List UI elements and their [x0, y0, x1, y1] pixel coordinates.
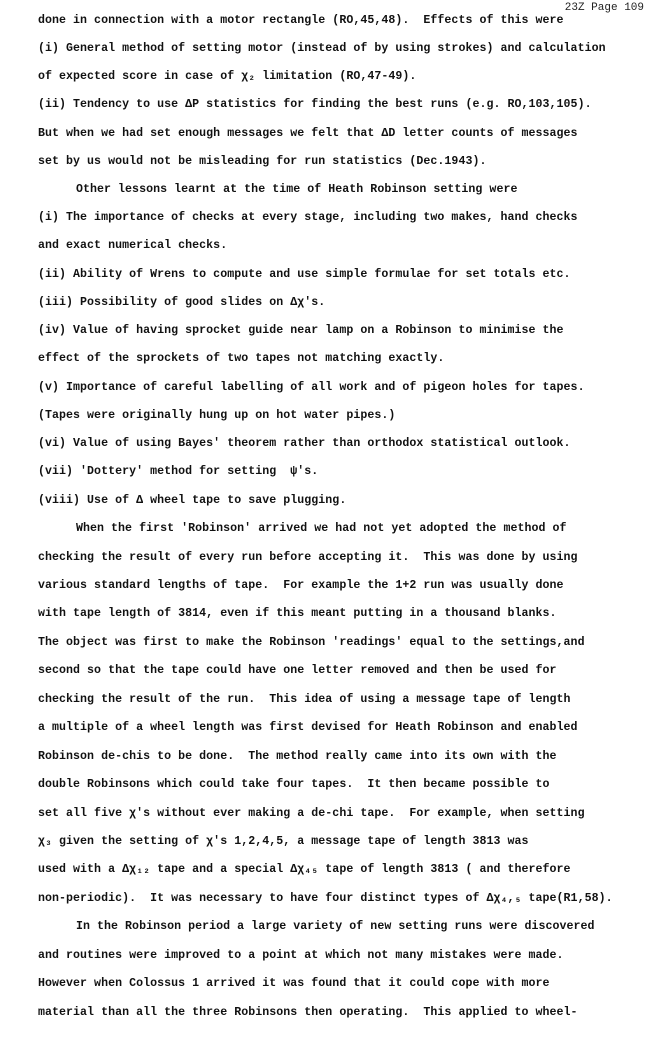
text-line: χ₃ given the setting of χ's 1,2,4,5, a m…	[38, 835, 529, 849]
text-line: The object was first to make the Robinso…	[38, 636, 585, 650]
text-line: used with a Δχ₁₂ tape and a special Δχ₄₅…	[38, 863, 571, 877]
text-line: (ii) Tendency to use ΔP statistics for f…	[38, 98, 592, 112]
paragraph-start-line: When the first 'Robinson' arrived we had…	[76, 522, 567, 536]
text-line: However when Colossus 1 arrived it was f…	[38, 977, 550, 991]
text-line: checking the result of the run. This ide…	[38, 693, 571, 707]
text-line: material than all the three Robinsons th…	[38, 1006, 578, 1020]
text-line: (i) The importance of checks at every st…	[38, 211, 578, 225]
text-line: (ii) Ability of Wrens to compute and use…	[38, 268, 571, 282]
text-line: non-periodic). It was necessary to have …	[38, 892, 613, 906]
text-line: second so that the tape could have one l…	[38, 664, 557, 678]
text-line: effect of the sprockets of two tapes not…	[38, 352, 444, 366]
text-line: (iii) Possibility of good slides on Δχ's…	[38, 296, 325, 310]
text-line: various standard lengths of tape. For ex…	[38, 579, 564, 593]
text-line: with tape length of 3814, even if this m…	[38, 607, 557, 621]
text-line: of expected score in case of χ₂ limitati…	[38, 70, 416, 84]
page-number-label: 23Z Page 109	[565, 2, 644, 14]
text-line: (i) General method of setting motor (ins…	[38, 42, 606, 56]
text-line: (v) Importance of careful labelling of a…	[38, 381, 585, 395]
text-line: (Tapes were originally hung up on hot wa…	[38, 409, 395, 423]
text-line: (vii) 'Dottery' method for setting ψ's.	[38, 465, 318, 479]
text-line: (viii) Use of Δ wheel tape to save plugg…	[38, 494, 346, 508]
text-line: (iv) Value of having sprocket guide near…	[38, 324, 564, 338]
text-line: checking the result of every run before …	[38, 551, 578, 565]
text-line: and exact numerical checks.	[38, 239, 227, 253]
text-line: But when we had set enough messages we f…	[38, 127, 578, 141]
text-line: and routines were improved to a point at…	[38, 949, 564, 963]
text-line: double Robinsons which could take four t…	[38, 778, 550, 792]
text-line: Robinson de-chis to be done. The method …	[38, 750, 557, 764]
text-line: set all five χ's without ever making a d…	[38, 807, 585, 821]
text-line: done in connection with a motor rectangl…	[38, 14, 564, 28]
text-line: a multiple of a wheel length was first d…	[38, 721, 578, 735]
paragraph-start-line: Other lessons learnt at the time of Heat…	[76, 183, 517, 197]
text-line: set by us would not be misleading for ru…	[38, 155, 486, 169]
paragraph-start-line: In the Robinson period a large variety o…	[76, 920, 595, 934]
text-line: (vi) Value of using Bayes' theorem rathe…	[38, 437, 571, 451]
